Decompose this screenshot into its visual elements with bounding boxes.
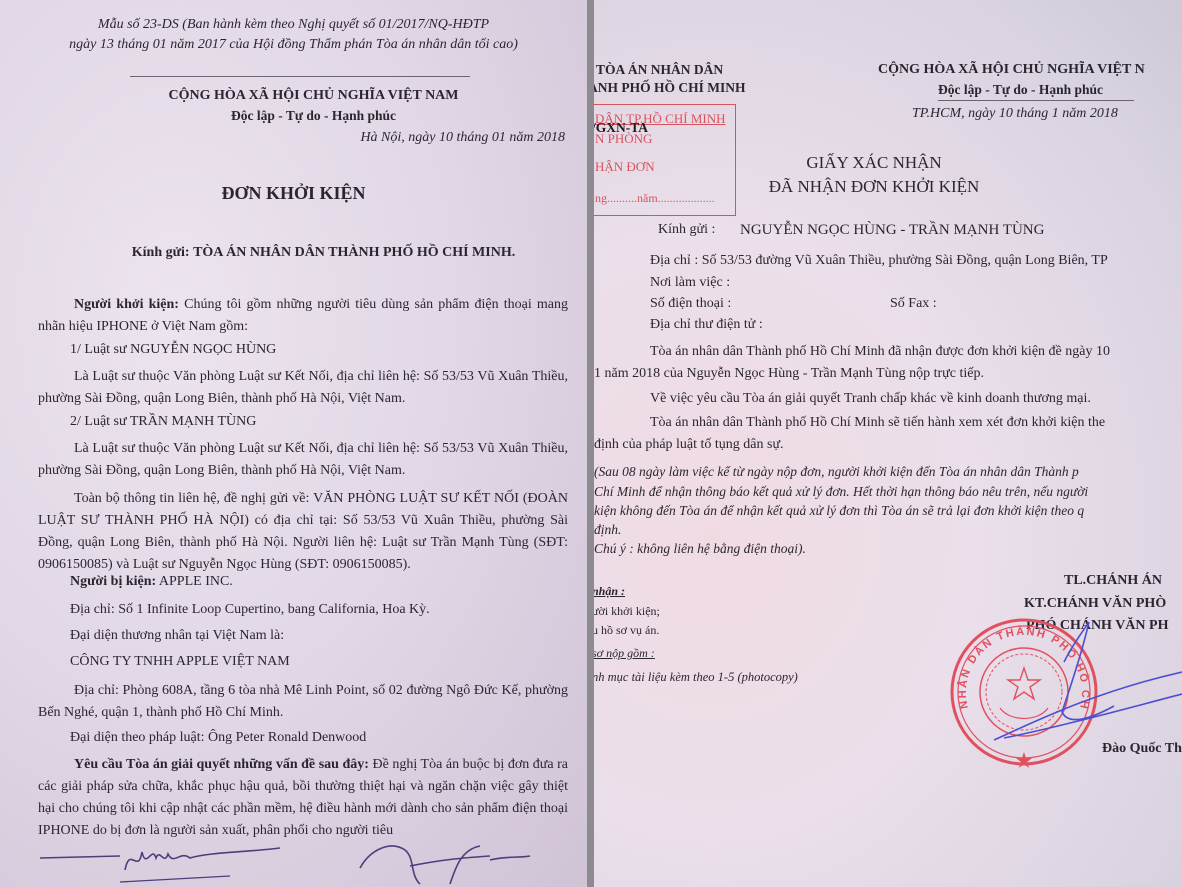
defendant: APPLE INC. [159, 574, 233, 589]
defendant-line: Người bị kiện: APPLE INC. [70, 574, 233, 590]
complaint-page: Mẫu số 23-DS (Ban hành kèm theo Nghị quy… [0, 0, 587, 887]
country-name: CỘNG HÒA XÃ HỘI CHỦ NGHĨA VIỆT NAM [20, 88, 587, 104]
representative-company: CÔNG TY TNHH APPLE VIỆT NAM [70, 654, 290, 670]
defendant-address: Địa chỉ: Số 1 Infinite Loop Cupertino, b… [70, 602, 430, 618]
contact-info: Toàn bộ thông tin liên hệ, đề nghị gửi v… [38, 488, 568, 576]
court-line1: TÒA ÁN NHÂN DÂN [596, 62, 723, 78]
phone-label: Số điện thoại : [650, 296, 731, 312]
representative-intro: Đại diện thương nhân tại Việt Nam là: [70, 628, 284, 644]
form-note-line1: Mẫu số 23-DS (Ban hành kèm theo Nghị quy… [0, 17, 587, 33]
form-note-line2: ngày 13 tháng 01 năm 2017 của Hội đồng T… [0, 37, 587, 53]
plaintiff-signatures [30, 840, 570, 887]
note-line1: (Sau 08 ngày làm việc kể từ ngày nộp đơn… [594, 464, 1079, 480]
signatory-line1: TL.CHÁNH ÁN [1064, 573, 1162, 589]
note-line5: Chú ý : không liên hệ bằng điện thoại). [594, 541, 806, 557]
recipient: TÒA ÁN NHÂN DÂN THÀNH PHỐ HỒ CHÍ MINH. [193, 245, 515, 260]
request-paragraph: Yêu cầu Tòa án giải quyết những vấn đề s… [38, 754, 568, 842]
recipient-line: Kính gửi: TÒA ÁN NHÂN DÂN THÀNH PHỐ HỒ C… [30, 245, 587, 261]
stamp-line3: HẬN ĐƠN [595, 159, 655, 175]
country-name: CỘNG HÒA XÃ HỘI CHỦ NGHĨA VIỆT N [878, 62, 1145, 78]
plaintiff-2-detail: Là Luật sư thuộc Văn phòng Luật sư Kết N… [38, 438, 568, 482]
subject: Về việc yêu cầu Tòa án giải quyết Tranh … [650, 391, 1091, 407]
motto: Độc lập - Tự do - Hạnh phúc [20, 108, 587, 124]
signer-name: Đào Quốc Thịnh [1102, 741, 1182, 757]
review-line2: định của pháp luật tố tụng dân sự. [594, 437, 784, 453]
receipt-page: TÒA ÁN NHÂN DÂN ÀNH PHỐ HỒ CHÍ MINH DÂN … [594, 0, 1182, 887]
place-date: Hà Nội, ngày 10 tháng 01 năm 2018 [360, 130, 565, 146]
note-line4: định. [594, 522, 621, 538]
recipient: NGUYỄN NGỌC HÙNG - TRẦN MẠNH TÙNG [740, 222, 1044, 239]
document-title: ĐƠN KHỞI KIỆN [0, 183, 587, 204]
motto-underline [938, 100, 1134, 101]
request-label: Yêu cầu Tòa án giải quyết những vấn đề s… [74, 757, 369, 772]
plaintiff-1-heading: 1/ Luật sư NGUYỄN NGỌC HÙNG [70, 342, 276, 358]
plaintiff-label: Người khởi kiện: [74, 297, 179, 312]
plaintiff-2-heading: 2/ Luật sư TRẦN MẠNH TÙNG [70, 414, 256, 430]
receipt-line1: Tòa án nhân dân Thành phố Hồ Chí Minh đã… [650, 344, 1110, 360]
plaintiff-paragraph: Người khởi kiện: Chúng tôi gồm những ngư… [38, 294, 568, 338]
attachments-item1: nh mục tài liệu kèm theo 1-5 (photocopy) [594, 670, 798, 685]
note-line2: Chí Minh để nhận thông báo kết quả xử lý… [594, 484, 1088, 500]
fax-label: Số Fax : [890, 296, 937, 312]
place-date: TP.HCM, ngày 10 tháng 1 năm 2018 [912, 106, 1118, 122]
email-label: Địa chỉ thư điện tử : [650, 317, 763, 333]
divider [130, 76, 470, 77]
recipient-label: Kính gửi: [132, 245, 190, 260]
attachments-heading: sơ nộp gồm : [594, 646, 655, 661]
review-line1: Tòa án nhân dân Thành phố Hồ Chí Minh sẽ… [650, 415, 1105, 431]
legal-representative: Đại diện theo pháp luật: Ông Peter Ronal… [70, 730, 366, 746]
recipients-item1: ười khởi kiện; [594, 604, 660, 619]
court-line2: ÀNH PHỐ HỒ CHÍ MINH [594, 80, 746, 96]
representative-address: Địa chỉ: Phòng 608A, tầng 6 tòa nhà Mê L… [38, 680, 568, 724]
motto: Độc lập - Tự do - Hạnh phúc [938, 82, 1103, 98]
signatory-line2: KT.CHÁNH VĂN PHÒ [1024, 596, 1166, 612]
title-line1: GIẤY XÁC NHẬN [694, 153, 1054, 173]
note-line3: kiện không đến Tòa án để nhận kết quả xử… [594, 503, 1084, 519]
defendant-label: Người bị kiện: [70, 574, 156, 589]
recipients-heading: nhận : [594, 584, 625, 599]
recipient-label: Kính gửi : [658, 222, 715, 238]
receipt-line2: 1 năm 2018 của Nguyễn Ngọc Hùng - Trần M… [594, 366, 984, 382]
plaintiff-1-detail: Là Luật sư thuộc Văn phòng Luật sư Kết N… [38, 366, 568, 410]
workplace-label: Nơi làm việc : [650, 275, 730, 291]
title-line2: ĐÃ NHẬN ĐƠN KHỞI KIỆN [694, 177, 1054, 197]
court-seal-icon: NHÂN DÂN THÀNH PHỐ HỒ CHÍ MINH [944, 612, 1096, 768]
address: Địa chỉ : Số 53/53 đường Vũ Xuân Thiều, … [650, 253, 1108, 269]
recipients-item2: u hồ sơ vụ án. [594, 623, 659, 638]
doc-number: /GXN-TA [594, 120, 648, 136]
